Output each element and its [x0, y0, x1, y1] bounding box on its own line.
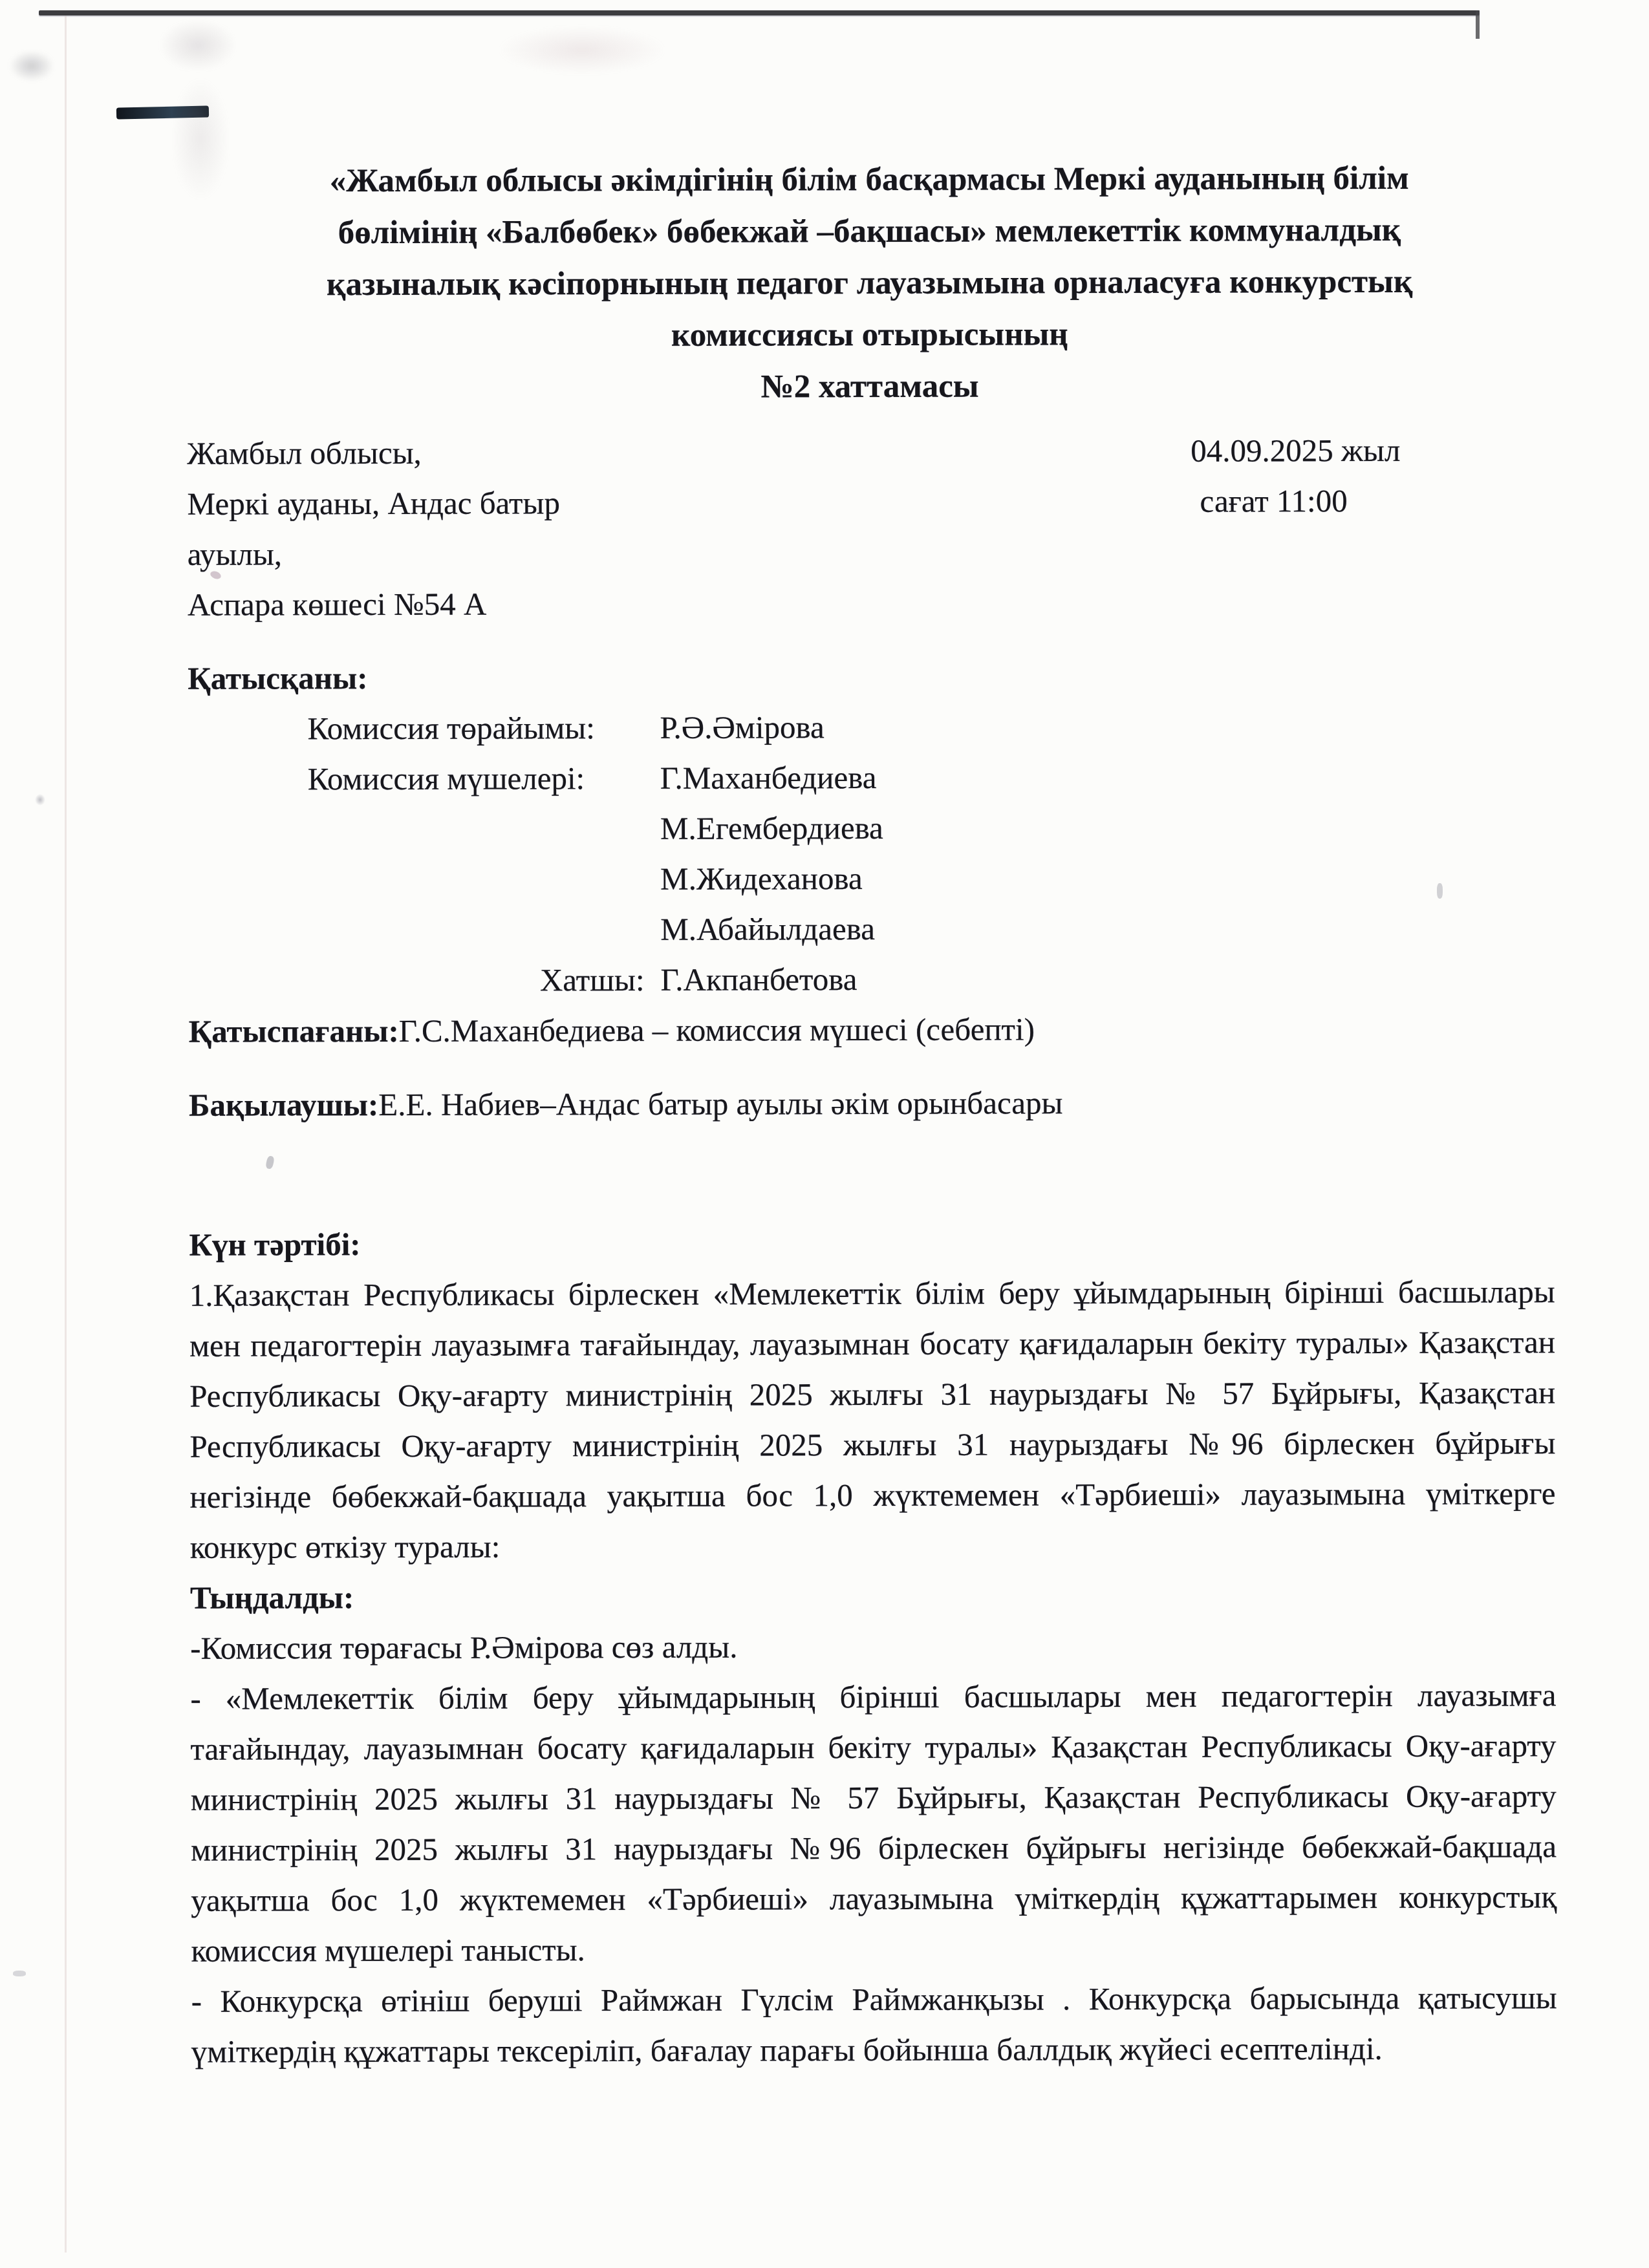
observer-person: Е.Е. Набиев–Андас батыр ауылы әкім орынб…	[378, 1078, 1062, 1130]
present-heading: Қатысқаны:	[188, 650, 1553, 704]
attendee-row: М.Абайылдаева	[188, 902, 1554, 956]
heard-heading: Тыңдалды:	[190, 1569, 1556, 1623]
heard-item: - «Мемлекеттік білім беру ұйымдарының бі…	[190, 1670, 1557, 1976]
spacer	[188, 626, 1553, 654]
smudge-artifact	[9, 50, 54, 81]
meeting-date: 04.09.2025 жыл	[1191, 425, 1553, 476]
speck-artifact	[35, 794, 45, 806]
agenda-heading: Күн тәртібі:	[189, 1216, 1555, 1270]
meeting-time: сағат 11:00	[1191, 475, 1553, 526]
attendee-row: Хатшы: Г.Акпанбетова	[188, 952, 1554, 1007]
observer-row: Бақылаушы: Е.Е. Набиев–Андас батыр ауылы…	[189, 1076, 1555, 1131]
location-line: Аспара көшесі №54 А	[188, 578, 899, 630]
attendee-role: Комиссия төрайымы:	[307, 703, 660, 754]
attendee-role	[308, 904, 660, 956]
attendee-row: М.Жидеханова	[188, 851, 1554, 906]
spacer	[189, 1053, 1555, 1080]
observer-heading: Бақылаушы:	[189, 1080, 379, 1131]
meeting-datetime: 04.09.2025 жыл сағат 11:00	[1191, 425, 1553, 526]
location-line: ауылы,	[188, 528, 899, 580]
attendee-role	[308, 804, 660, 855]
document-content: «Жамбыл облысы әкімдігінің білім басқарм…	[186, 152, 1557, 2077]
top-border-line-artifact	[39, 10, 1480, 16]
absent-person: Г.С.Маханбедиева – комиссия мүшесі (себе…	[399, 1004, 1035, 1056]
smudge-artifact	[159, 19, 237, 71]
attendee-name: М.Абайылдаева	[660, 904, 875, 955]
attendee-role	[308, 854, 660, 905]
attendee-role: Комиссия мүшелері:	[308, 753, 660, 804]
title-line: «Жамбыл облысы әкімдігінің білім басқарм…	[186, 152, 1552, 208]
heard-item: - Конкурсқа өтініш беруші Раймжан Гүлсім…	[191, 1973, 1557, 2077]
absent-row: Қатыспағаны: Г.С.Маханбедиева – комиссия…	[189, 1003, 1555, 1057]
ink-dash-artifact	[116, 106, 209, 120]
attendee-name: Г.Акпанбетова	[660, 954, 857, 1005]
smudge-artifact	[498, 26, 666, 74]
attendee-name: М.Егембердиева	[660, 803, 883, 854]
spacer	[189, 1127, 1555, 1220]
speck-artifact	[13, 1971, 26, 1976]
title-line: қазыналық кәсіпорнының педагог лауазымын…	[187, 255, 1553, 311]
page-edge-line-artifact	[65, 16, 67, 2252]
location-line: Меркі ауданы, Андас батыр	[187, 477, 898, 530]
attendee-row: Комиссия мүшелері: Г.Маханбедиева	[188, 751, 1554, 805]
document-title: «Жамбыл облысы әкімдігінің білім басқарм…	[186, 152, 1553, 414]
agenda-item: 1.Қазақстан Республикасы бірлескен «Мемл…	[189, 1267, 1556, 1573]
attendee-row: Комиссия төрайымы: Р.Ә.Әмірова	[188, 700, 1553, 754]
attendee-name: Г.Маханбедиева	[660, 753, 877, 804]
attendee-name: Р.Ә.Әмірова	[660, 702, 824, 753]
attendee-name: М.Жидеханова	[660, 853, 863, 904]
title-line: комиссиясы отырысының	[187, 307, 1553, 363]
scanned-protocol-page: «Жамбыл облысы әкімдігінің білім басқарм…	[0, 0, 1649, 2268]
top-border-corner-artifact	[1476, 10, 1480, 39]
protocol-number: №2 хаттамасы	[187, 359, 1553, 414]
absent-heading: Қатыспағаны:	[189, 1006, 399, 1057]
location-line: Жамбыл облысы,	[187, 427, 898, 479]
attendee-row: М.Егембердиева	[188, 801, 1554, 855]
attendee-role: Хатшы:	[308, 955, 660, 1006]
heard-item: -Комиссия төрағасы Р.Әмірова сөз алды.	[190, 1620, 1556, 1674]
title-line: бөлімінің «Балбөбек» бөбекжай –бақшасы» …	[186, 204, 1552, 259]
meeting-location: Жамбыл облысы, Меркі ауданы, Андас батыр…	[187, 427, 899, 630]
meeting-info-row: Жамбыл облысы, Меркі ауданы, Андас батыр…	[187, 425, 1553, 630]
